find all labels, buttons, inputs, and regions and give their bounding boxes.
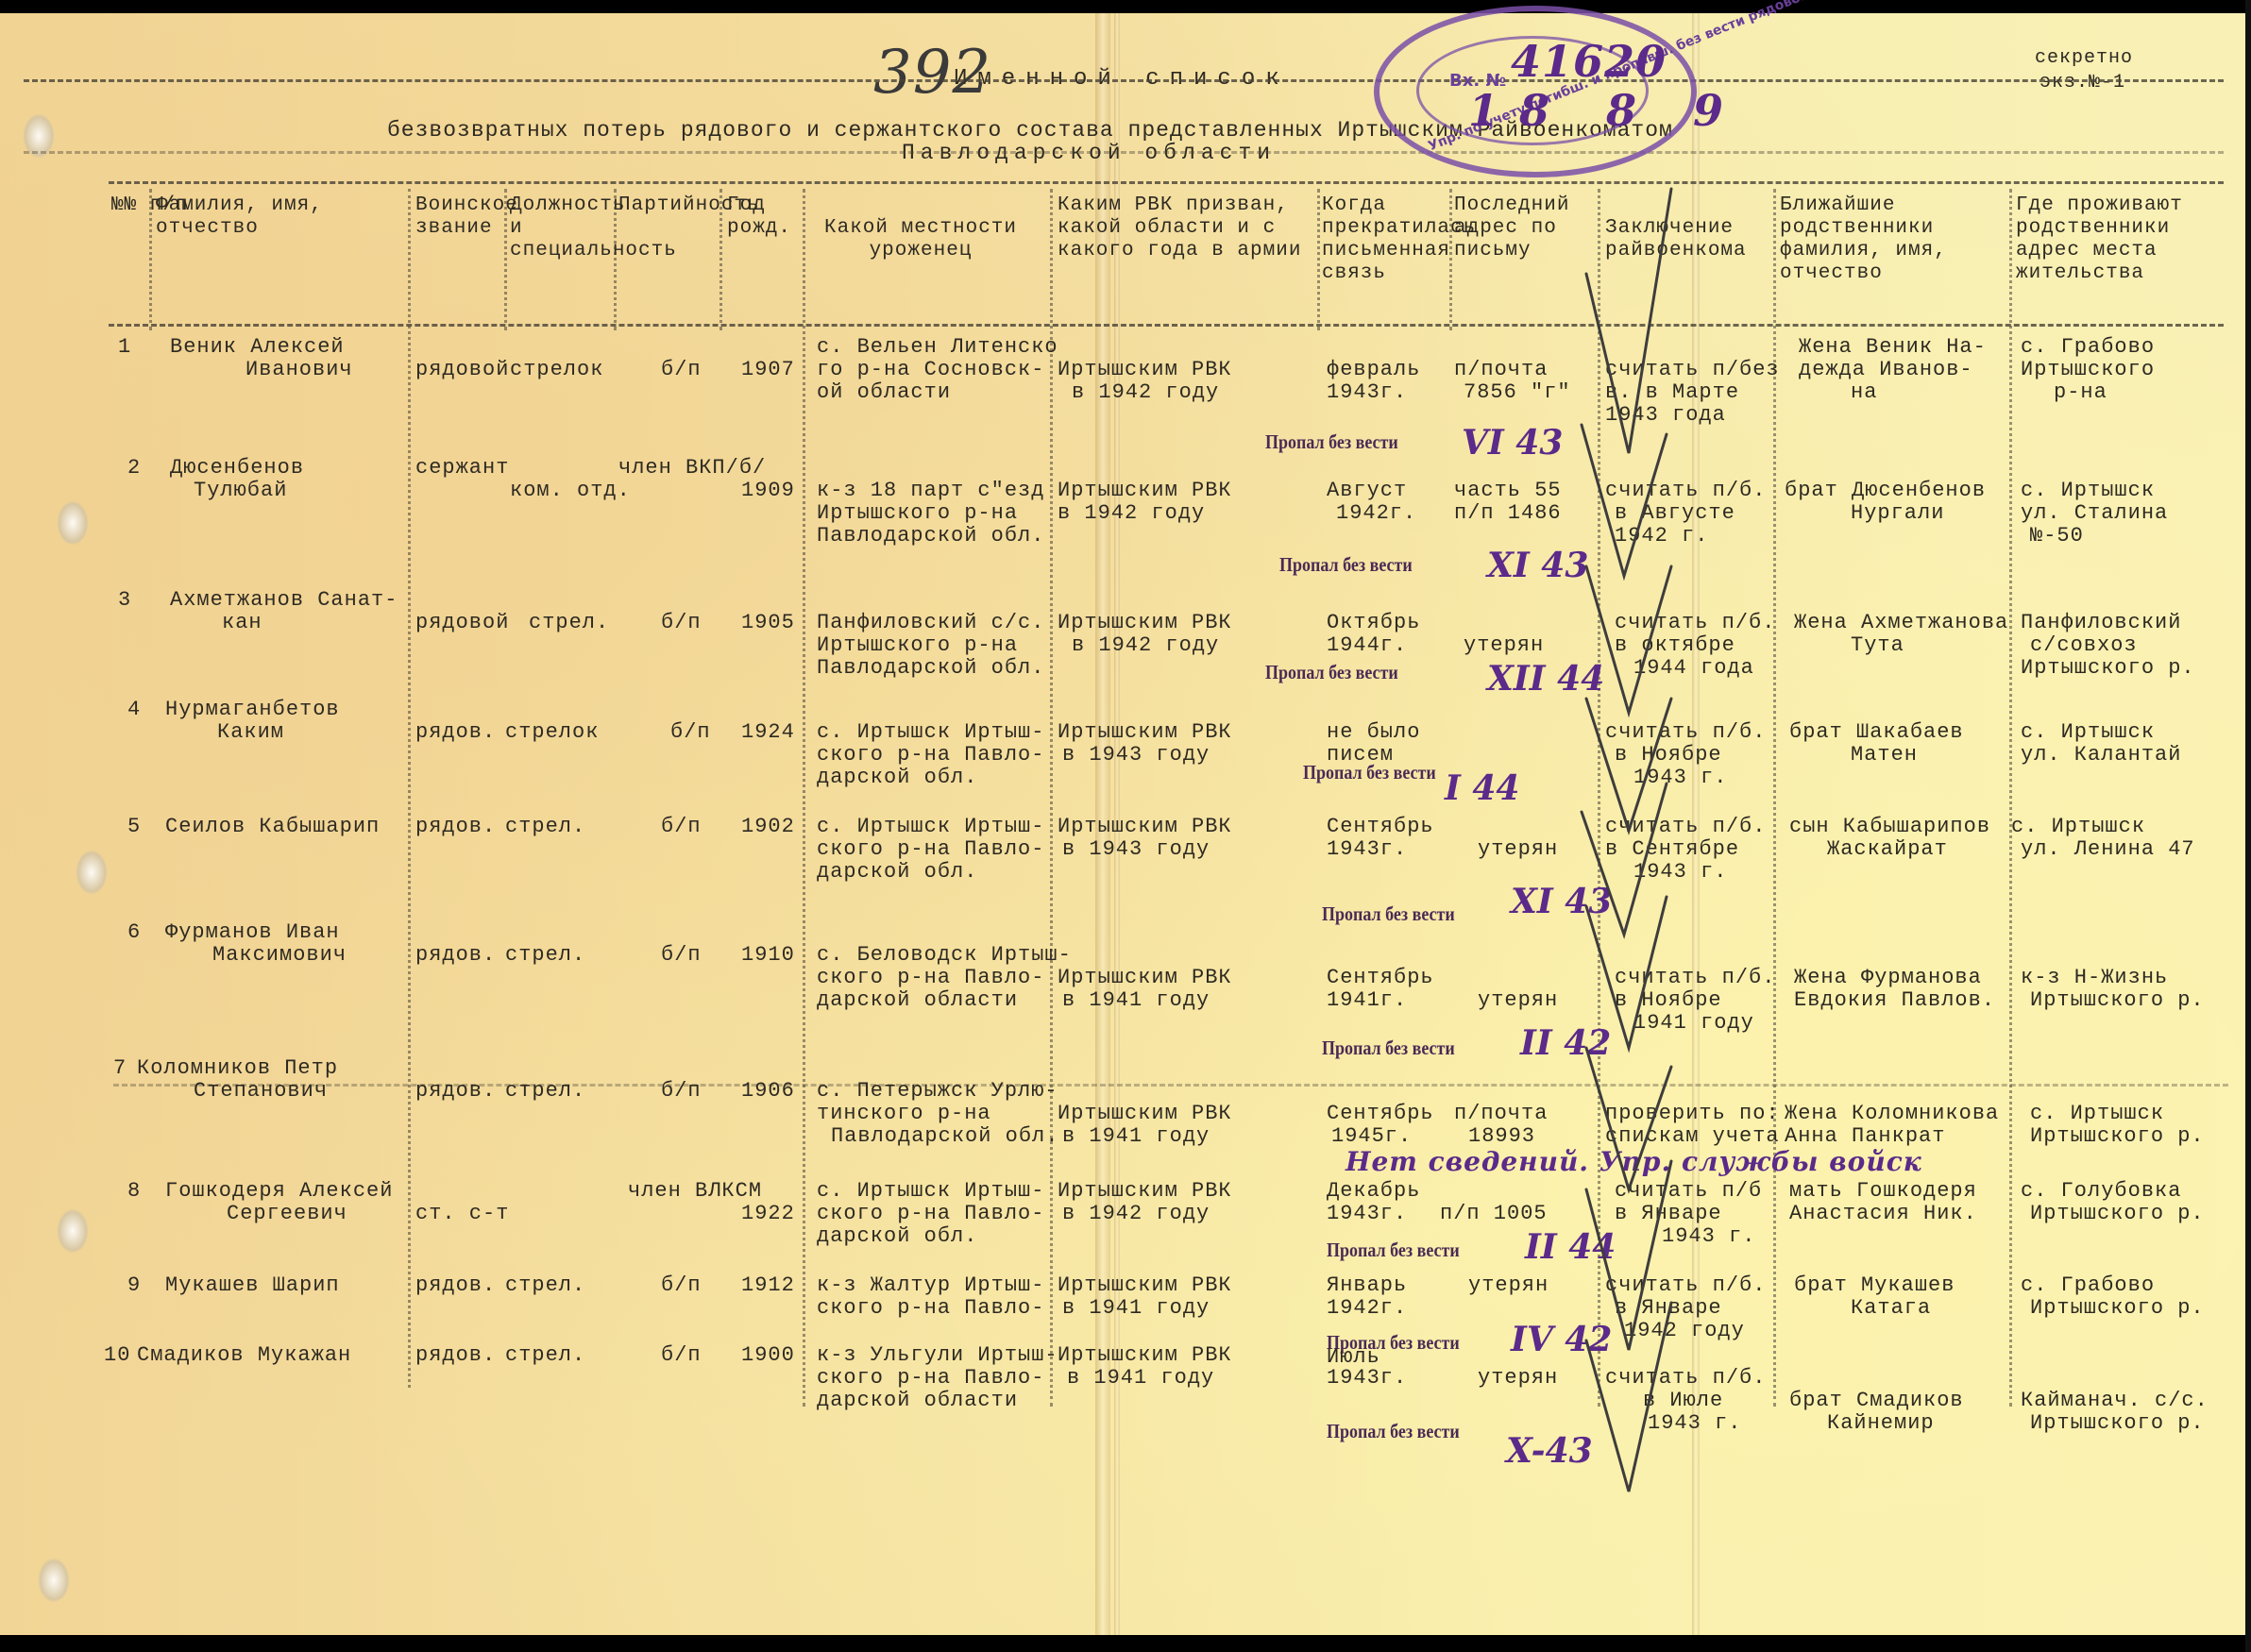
missing-in-action-stamp: Пропал без вести <box>1322 1037 1455 1060</box>
col-header-name: Фамилия, имя, отчество <box>156 194 401 240</box>
relatives-line: дежда Иванов- <box>1799 359 1973 381</box>
soldier-position: стрел. <box>505 1080 585 1103</box>
soldier-rank: сержант <box>415 457 509 480</box>
birthplace-line: с. Петерыжск Урлю- <box>817 1080 1058 1103</box>
handwritten-date: I 44 <box>1445 768 1519 808</box>
soldier-party: б/п <box>661 612 702 634</box>
relatives-address-line: Иртышского р. <box>2030 1412 2205 1435</box>
soldier-rank: рядов. <box>415 1274 496 1297</box>
birthplace-line: с. Иртышск Иртыш- <box>817 721 1044 744</box>
relatives-line: мать Гошкодеря <box>1789 1180 1977 1203</box>
pencil-check-marks <box>1539 170 1700 1529</box>
relatives-line: Жена Фурманова <box>1794 967 1982 989</box>
birthplace-line: к-з Ульгули Иртыш- <box>817 1344 1058 1367</box>
rvk-line: в 1941 году <box>1062 989 1210 1012</box>
rvk-line: Иртышским РВК <box>1058 1344 1232 1367</box>
last-letter-year: 1943г. <box>1327 381 1407 404</box>
relatives-address-line: №-50 <box>2030 525 2084 548</box>
soldier-rank: рядов. <box>415 944 496 967</box>
last-letter-year: 1943г. <box>1327 838 1407 861</box>
soldier-name: Фурманов Иван <box>165 921 340 944</box>
divider-line <box>24 151 2224 154</box>
column-separator <box>1050 189 1053 1407</box>
col-header-last-letter: Когда прекратилась письменная связь <box>1322 194 1445 285</box>
relatives-address-line: с. Иртышск <box>2021 721 2155 744</box>
soldier-birth-year: 1910 <box>741 944 795 967</box>
relatives-address-line: с. Голубовка <box>2021 1180 2181 1203</box>
birthplace-line: Иртышского р-на <box>817 634 1018 657</box>
column-separator <box>719 189 722 330</box>
row-number: 6 <box>127 921 141 944</box>
soldier-party: б/п <box>661 816 702 838</box>
birthplace-line: дарской обл. <box>817 861 977 884</box>
birthplace-line: ского р-на Павло- <box>817 967 1044 989</box>
relatives-line: брат Смадиков <box>1789 1390 1964 1412</box>
soldier-name: Нурмаганбетов <box>165 699 340 721</box>
rvk-line: Иртышским РВК <box>1058 359 1232 381</box>
soldier-patronymic: Сергеевич <box>227 1203 347 1225</box>
relatives-address-line: Иртышского <box>2021 359 2155 381</box>
last-letter-year: 1941г. <box>1327 989 1407 1012</box>
relatives-address-line: к-з Н-Жизнь <box>2021 967 2168 989</box>
soldier-birth-year: 1924 <box>741 721 795 744</box>
soldier-patronymic: Тулюбай <box>194 480 287 502</box>
soldier-patronymic: Каким <box>217 721 284 744</box>
relatives-address-line: Иртышского р. <box>2030 1203 2205 1225</box>
rvk-line: Иртышским РВК <box>1058 1180 1232 1203</box>
rvk-line: Иртышским РВК <box>1058 967 1232 989</box>
birthplace-line: дарской области <box>817 989 1018 1012</box>
relatives-line: Жена Ахметжанова <box>1794 612 2008 634</box>
relatives-line: Жена Коломникова <box>1785 1103 1999 1125</box>
soldier-party: б/п <box>661 944 702 967</box>
soldier-party: член ВЛКСМ <box>628 1180 762 1203</box>
last-address-line: п/почта <box>1454 1103 1548 1125</box>
birthplace-line: к-з Жалтур Иртыш- <box>817 1274 1044 1297</box>
soldier-position: ком. отд. <box>510 480 631 502</box>
birthplace-line: к-з 18 парт с"езд <box>817 480 1044 502</box>
col-header-rank: Воинское звание <box>415 194 510 240</box>
relatives-line: Евдокия Павлов. <box>1794 989 1995 1012</box>
missing-in-action-stamp: Пропал без вести <box>1265 661 1398 684</box>
birthplace-line: с. Беловодск Иртыш- <box>817 944 1072 967</box>
last-letter-month: Декабрь <box>1327 1180 1420 1203</box>
col-header-rvk: Каким РВК призван, какой области и с как… <box>1058 194 1312 262</box>
soldier-birth-year: 1906 <box>741 1080 795 1103</box>
birthplace-line: го р-на Сосновск- <box>817 359 1044 381</box>
soldier-name: Сеилов Кабышарип <box>165 816 380 838</box>
col-header-party: Партийность <box>618 194 713 217</box>
soldier-party: б/п <box>670 721 711 744</box>
soldier-position: стрелок <box>510 359 603 381</box>
relatives-address-line: с. Иртышск <box>2030 1103 2164 1125</box>
row-number: 3 <box>118 589 131 612</box>
birthplace-line: дарской обл. <box>817 1225 977 1248</box>
relatives-address-line: с. Иртышск <box>2021 480 2155 502</box>
rvk-line: в 1942 году <box>1062 1203 1210 1225</box>
soldier-name: Смадиков Мукажан <box>137 1344 351 1367</box>
relatives-address-line: Иртышского р. <box>2030 989 2205 1012</box>
birthplace-line: с. Иртышск Иртыш- <box>817 816 1044 838</box>
row-number: 10 <box>104 1344 130 1367</box>
relatives-address-line: с. Иртышск <box>2011 816 2145 838</box>
last-address-line: утерян <box>1468 1274 1549 1297</box>
relatives-address-line: Кайманач. с/с. <box>2021 1390 2209 1412</box>
relatives-address-line: с. Грабово <box>2021 336 2155 359</box>
soldier-rank: рядов. <box>415 816 496 838</box>
soldier-birth-year: 1909 <box>741 480 795 502</box>
relatives-address-line: Иртышского р. <box>2021 657 2195 680</box>
birthplace-line: с. Вельен Литенско <box>817 336 1058 359</box>
col-header-position: Должность и специальность <box>510 194 614 262</box>
relatives-address-line: ул. Сталина <box>2021 502 2168 525</box>
relatives-line: брат Мукашев <box>1794 1274 1955 1297</box>
column-separator <box>1317 189 1320 330</box>
row-number: 5 <box>127 816 141 838</box>
birthplace-line: ского р-на Павло- <box>817 744 1044 767</box>
birthplace-line: дарской области <box>817 1390 1018 1412</box>
soldier-birth-year: 1912 <box>741 1274 795 1297</box>
rvk-line: Иртышским РВК <box>1058 1274 1232 1297</box>
soldier-position: стрелок <box>505 721 599 744</box>
col-header-birth-year: Год рожд. <box>727 194 803 240</box>
row-number: 8 <box>127 1180 141 1203</box>
birthplace-line: Павлодарской обл. <box>817 657 1044 680</box>
rvk-line: Иртышским РВК <box>1058 612 1232 634</box>
column-separator <box>408 189 411 1388</box>
row-number: 2 <box>127 457 141 480</box>
rvk-line: в 1941 году <box>1067 1367 1214 1390</box>
col-header-birthplace: Какой местности уроженец <box>812 217 1029 262</box>
last-letter-year: 1944г. <box>1327 634 1407 657</box>
soldier-position: стрел. <box>505 1274 585 1297</box>
punch-hole <box>38 1558 70 1603</box>
last-letter-month: Сентябрь <box>1327 967 1434 989</box>
column-separator <box>504 189 507 330</box>
relatives-address-line: ул. Калантай <box>2021 744 2181 767</box>
classification-label: секретно <box>2035 47 2133 70</box>
soldier-name: Дюсенбенов <box>170 457 304 480</box>
soldier-position: стрел. <box>505 944 585 967</box>
soldier-rank: ст. с-т <box>415 1203 509 1225</box>
punch-hole <box>57 1208 89 1254</box>
soldier-patronymic: Иванович <box>245 359 353 381</box>
last-letter-month: февраль <box>1327 359 1420 381</box>
soldier-name: Коломников Петр <box>137 1057 338 1080</box>
relatives-line: Тута <box>1851 634 1904 657</box>
birthplace-line: ского р-на Павло- <box>817 1297 1044 1320</box>
soldier-birth-year: 1905 <box>741 612 795 634</box>
row-number: 7 <box>113 1057 127 1080</box>
last-letter-month: не было <box>1327 721 1420 744</box>
relatives-line: сын Кабышарипов <box>1789 816 1990 838</box>
column-separator <box>2009 189 2012 1407</box>
table-top-line <box>109 181 2224 184</box>
soldier-party: б/п <box>661 1344 702 1367</box>
soldier-name: Веник Алексей <box>170 336 345 359</box>
row-number: 1 <box>118 336 131 359</box>
col-header-relatives: Ближайшие родственники фамилия, имя, отч… <box>1780 194 1969 285</box>
relatives-address-line: с. Грабово <box>2021 1274 2155 1297</box>
rvk-line: в 1942 году <box>1058 502 1205 525</box>
last-letter-year: 1943г. <box>1327 1203 1407 1225</box>
rvk-line: в 1943 году <box>1062 838 1210 861</box>
last-address-line: утерян <box>1464 634 1544 657</box>
soldier-patronymic: Степанович <box>194 1080 328 1103</box>
last-letter-year: 1945г. <box>1331 1125 1412 1148</box>
birthplace-line: ского р-на Павло- <box>817 1367 1044 1390</box>
col-header-num: №№ п/п <box>111 194 149 217</box>
rvk-line: Иртышским РВК <box>1058 816 1232 838</box>
column-separator <box>149 189 152 330</box>
birthplace-line: дарской обл. <box>817 767 977 789</box>
birthplace-line: Панфиловский с/с. <box>817 612 1044 634</box>
last-letter-year: 1943г. <box>1327 1367 1407 1390</box>
relatives-address-line: Панфиловский <box>2021 612 2181 634</box>
relatives-address-line: ул. Ленина 47 <box>2021 838 2195 861</box>
birthplace-line: Павлодарской обл. <box>817 525 1044 548</box>
relatives-line: на <box>1851 381 1877 404</box>
scan-edge <box>2245 0 2251 1652</box>
soldier-party: б/п <box>661 1274 702 1297</box>
last-letter-month: Сентябрь <box>1327 816 1434 838</box>
soldier-position: стрел. <box>505 816 585 838</box>
missing-in-action-stamp: Пропал без вести <box>1279 553 1413 577</box>
birthplace-line: ой области <box>817 381 951 404</box>
relatives-address-line: Иртышского р. <box>2030 1297 2205 1320</box>
soldier-birth-year: 1922 <box>741 1203 795 1225</box>
soldier-party: б/п <box>661 359 702 381</box>
birthplace-line: ского р-на Павло- <box>817 1203 1044 1225</box>
soldier-name: Мукашев Шарип <box>165 1274 340 1297</box>
birthplace-line: тинского р-на <box>817 1103 991 1125</box>
last-address-line: п/п 1005 <box>1440 1203 1548 1225</box>
missing-in-action-stamp: Пропал без вести <box>1303 761 1436 784</box>
soldier-birth-year: 1900 <box>741 1344 795 1367</box>
relatives-line: Анастасия Ник. <box>1789 1203 1977 1225</box>
soldier-patronymic: Максимович <box>212 944 347 967</box>
missing-in-action-stamp: Пропал без вести <box>1265 430 1398 454</box>
row-number: 9 <box>127 1274 141 1297</box>
rvk-line: в 1941 году <box>1062 1125 1210 1148</box>
relatives-line: Анна Панкрат <box>1785 1125 1945 1148</box>
relatives-line: Нургали <box>1851 502 1944 525</box>
soldier-rank: рядов. <box>415 1080 496 1103</box>
missing-in-action-stamp: Пропал без вести <box>1322 902 1455 926</box>
relatives-address-line: Иртышского р. <box>2030 1125 2205 1148</box>
relatives-line: Кайнемир <box>1827 1412 1935 1435</box>
soldier-name: Ахметжанов Санат- <box>170 589 398 612</box>
relatives-line: Жаскайрат <box>1827 838 1948 861</box>
last-address-line: 18993 <box>1468 1125 1535 1148</box>
relatives-address-line: с/совхоз <box>2030 634 2138 657</box>
birthplace-line: Иртышского р-на <box>817 502 1018 525</box>
rvk-line: в 1942 году <box>1072 634 1219 657</box>
rvk-line: Иртышским РВК <box>1058 1103 1232 1125</box>
birthplace-line: ского р-на Павло- <box>817 838 1044 861</box>
last-letter-year: 1942г. <box>1336 502 1416 525</box>
soldier-name: Гошкодеря Алексей <box>165 1180 393 1203</box>
relatives-line: брат Шакабаев <box>1789 721 1964 744</box>
missing-in-action-stamp: Пропал без вести <box>1327 1420 1460 1443</box>
punch-hole <box>76 850 108 895</box>
col-header-relatives-address: Где проживают родственники адрес места ж… <box>2016 194 2219 285</box>
birthplace-line: с. Иртышск Иртыш- <box>817 1180 1044 1203</box>
last-letter-month: Сентябрь <box>1327 1103 1434 1125</box>
soldier-party: б/п <box>661 1080 702 1103</box>
soldier-patronymic: кан <box>222 612 262 634</box>
relatives-line: Катага <box>1851 1297 1931 1320</box>
rvk-line: Иртышским РВК <box>1058 721 1232 744</box>
column-separator <box>803 189 805 1407</box>
soldier-position: стрел. <box>529 612 609 634</box>
rvk-line: в 1943 году <box>1062 744 1210 767</box>
soldier-rank: рядов. <box>415 1344 496 1367</box>
last-letter-month: Август <box>1327 480 1407 502</box>
relatives-line: брат Дюсенбенов <box>1785 480 1986 502</box>
column-separator <box>614 189 617 330</box>
stamp-date: 18 8 9 <box>1468 87 1744 134</box>
soldier-position: стрел. <box>505 1344 585 1367</box>
soldier-birth-year: 1907 <box>741 359 795 381</box>
column-separator <box>1449 189 1452 330</box>
relatives-address-line: р-на <box>2054 381 2107 404</box>
last-address-line: п/почта <box>1454 359 1548 381</box>
rvk-line: Иртышским РВК <box>1058 480 1232 502</box>
stamp-incoming-number: 41620 <box>1511 38 1667 85</box>
rvk-line: в 1942 году <box>1072 381 1219 404</box>
soldier-rank: рядовой <box>415 612 509 634</box>
relatives-line: Жена Веник На- <box>1799 336 1987 359</box>
birthplace-line: Павлодарской обл. <box>831 1125 1058 1148</box>
last-letter-year: 1942г. <box>1327 1297 1407 1320</box>
last-letter-month: Январь <box>1327 1274 1407 1297</box>
soldier-birth-year: 1902 <box>741 816 795 838</box>
soldier-rank: рядовой <box>415 359 509 381</box>
table-header-bottom-line <box>109 324 2224 327</box>
punch-hole <box>57 500 89 546</box>
last-letter-month: Октябрь <box>1327 612 1420 634</box>
missing-in-action-stamp: Пропал без вести <box>1327 1239 1460 1262</box>
soldier-rank: рядов. <box>415 721 496 744</box>
soldier-party: член ВКП/б/ <box>618 457 766 480</box>
relatives-line: Матен <box>1851 744 1918 767</box>
row-number: 4 <box>127 699 141 721</box>
copy-number: экз.№-1 <box>2039 72 2125 94</box>
divider-line <box>24 79 2224 82</box>
rvk-line: в 1941 году <box>1062 1297 1210 1320</box>
